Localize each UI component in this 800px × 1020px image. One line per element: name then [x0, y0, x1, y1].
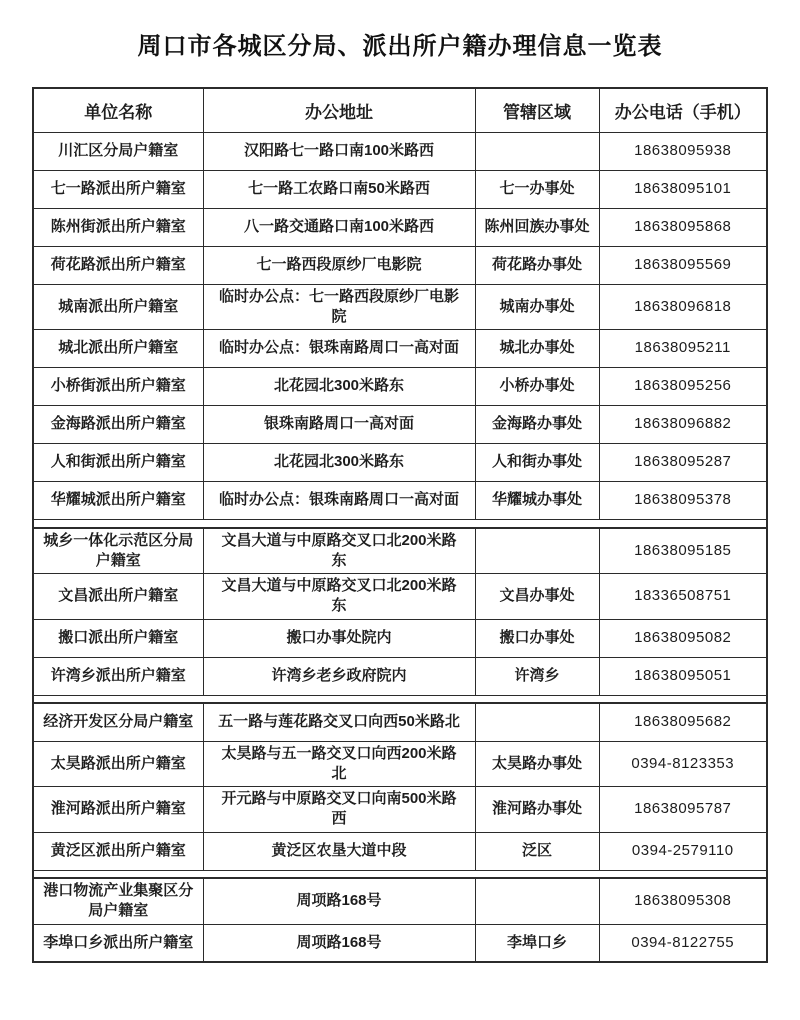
cell-unit-name: 许湾乡派出所户籍室	[33, 657, 203, 695]
cell-address: 北花园北300米路东	[203, 444, 475, 482]
cell-unit-name: 川汇区分局户籍室	[33, 132, 203, 170]
cell-phone: 0394-2579110	[599, 832, 767, 870]
cell-address: 周项路168号	[203, 878, 475, 924]
table-row: 港口物流产业集聚区分局户籍室周项路168号18638095308	[33, 878, 767, 924]
cell-jurisdiction	[475, 703, 599, 741]
table-row: 许湾乡派出所户籍室许湾乡老乡政府院内许湾乡18638095051	[33, 657, 767, 695]
cell-jurisdiction: 陈州回族办事处	[475, 208, 599, 246]
cell-jurisdiction: 小桥办事处	[475, 368, 599, 406]
cell-jurisdiction: 人和街办事处	[475, 444, 599, 482]
table-row: 黄泛区派出所户籍室黄泛区农垦大道中段泛区0394-2579110	[33, 832, 767, 870]
cell-jurisdiction: 七一办事处	[475, 170, 599, 208]
header-office-phone: 办公电话（手机）	[599, 88, 767, 132]
table-row: 搬口派出所户籍室搬口办事处院内搬口办事处18638095082	[33, 619, 767, 657]
cell-unit-name: 太昊路派出所户籍室	[33, 741, 203, 787]
cell-jurisdiction: 荷花路办事处	[475, 246, 599, 284]
cell-address: 临时办公点：七一路西段原纱厂电影院	[203, 284, 475, 330]
cell-phone: 18638095082	[599, 619, 767, 657]
cell-address: 黄泛区农垦大道中段	[203, 832, 475, 870]
cell-address: 七一路工农路口南50米路西	[203, 170, 475, 208]
cell-jurisdiction	[475, 132, 599, 170]
table-row: 七一路派出所户籍室七一路工农路口南50米路西七一办事处18638095101	[33, 170, 767, 208]
section-separator-row	[33, 695, 767, 703]
table-row: 荷花路派出所户籍室七一路西段原纱厂电影院荷花路办事处18638095569	[33, 246, 767, 284]
cell-address: 七一路西段原纱厂电影院	[203, 246, 475, 284]
table-row: 淮河路派出所户籍室开元路与中原路交叉口向南500米路西淮河路办事处1863809…	[33, 787, 767, 833]
document-page: 周口市各城区分局、派出所户籍办理信息一览表 单位名称 办公地址 管辖区域 办公电…	[0, 0, 800, 1020]
household-registration-table: 单位名称 办公地址 管辖区域 办公电话（手机） 川汇区分局户籍室汉阳路七一路口南…	[32, 87, 768, 963]
table-row: 经济开发区分局户籍室五一路与莲花路交叉口向西50米路北18638095682	[33, 703, 767, 741]
table-row: 太昊路派出所户籍室太昊路与五一路交叉口向西200米路北太昊路办事处0394-81…	[33, 741, 767, 787]
header-unit-name: 单位名称	[33, 88, 203, 132]
cell-jurisdiction: 城南办事处	[475, 284, 599, 330]
cell-phone: 18638095378	[599, 482, 767, 520]
cell-unit-name: 文昌派出所户籍室	[33, 574, 203, 620]
cell-jurisdiction: 华耀城办事处	[475, 482, 599, 520]
cell-address: 临时办公点：银珠南路周口一高对面	[203, 482, 475, 520]
cell-unit-name: 搬口派出所户籍室	[33, 619, 203, 657]
cell-jurisdiction: 文昌办事处	[475, 574, 599, 620]
cell-jurisdiction: 搬口办事处	[475, 619, 599, 657]
table-row: 华耀城派出所户籍室临时办公点：银珠南路周口一高对面华耀城办事处186380953…	[33, 482, 767, 520]
cell-address: 开元路与中原路交叉口向南500米路西	[203, 787, 475, 833]
cell-address: 太昊路与五一路交叉口向西200米路北	[203, 741, 475, 787]
table-row: 城乡一体化示范区分局户籍室文昌大道与中原路交叉口北200米路东186380951…	[33, 528, 767, 574]
header-office-address: 办公地址	[203, 88, 475, 132]
cell-address: 文昌大道与中原路交叉口北200米路东	[203, 528, 475, 574]
cell-phone: 18638095185	[599, 528, 767, 574]
cell-phone: 0394-8123353	[599, 741, 767, 787]
cell-phone: 18638095787	[599, 787, 767, 833]
cell-phone: 18638095101	[599, 170, 767, 208]
cell-jurisdiction: 淮河路办事处	[475, 787, 599, 833]
table-row: 李埠口乡派出所户籍室周项路168号李埠口乡0394-8122755	[33, 924, 767, 962]
cell-jurisdiction	[475, 878, 599, 924]
cell-jurisdiction: 城北办事处	[475, 330, 599, 368]
cell-address: 五一路与莲花路交叉口向西50米路北	[203, 703, 475, 741]
cell-phone: 18638095256	[599, 368, 767, 406]
cell-jurisdiction	[475, 528, 599, 574]
section-separator-cell	[33, 695, 767, 703]
cell-address: 文昌大道与中原路交叉口北200米路东	[203, 574, 475, 620]
cell-unit-name: 七一路派出所户籍室	[33, 170, 203, 208]
section-separator-cell	[33, 520, 767, 528]
cell-unit-name: 城乡一体化示范区分局户籍室	[33, 528, 203, 574]
table-row: 城南派出所户籍室临时办公点：七一路西段原纱厂电影院城南办事处1863809681…	[33, 284, 767, 330]
cell-unit-name: 淮河路派出所户籍室	[33, 787, 203, 833]
cell-address: 搬口办事处院内	[203, 619, 475, 657]
cell-unit-name: 李埠口乡派出所户籍室	[33, 924, 203, 962]
cell-unit-name: 经济开发区分局户籍室	[33, 703, 203, 741]
cell-address: 周项路168号	[203, 924, 475, 962]
cell-phone: 18638095287	[599, 444, 767, 482]
table-row: 人和街派出所户籍室北花园北300米路东人和街办事处18638095287	[33, 444, 767, 482]
table-row: 城北派出所户籍室临时办公点：银珠南路周口一高对面城北办事处18638095211	[33, 330, 767, 368]
cell-address: 银珠南路周口一高对面	[203, 406, 475, 444]
cell-unit-name: 金海路派出所户籍室	[33, 406, 203, 444]
cell-unit-name: 人和街派出所户籍室	[33, 444, 203, 482]
cell-phone: 18638095211	[599, 330, 767, 368]
cell-phone: 18638095868	[599, 208, 767, 246]
cell-phone: 18638096818	[599, 284, 767, 330]
cell-address: 临时办公点：银珠南路周口一高对面	[203, 330, 475, 368]
cell-unit-name: 小桥街派出所户籍室	[33, 368, 203, 406]
page-title: 周口市各城区分局、派出所户籍办理信息一览表	[0, 26, 800, 61]
cell-jurisdiction: 泛区	[475, 832, 599, 870]
cell-jurisdiction: 金海路办事处	[475, 406, 599, 444]
cell-unit-name: 陈州街派出所户籍室	[33, 208, 203, 246]
cell-address: 汉阳路七一路口南100米路西	[203, 132, 475, 170]
cell-unit-name: 黄泛区派出所户籍室	[33, 832, 203, 870]
cell-jurisdiction: 太昊路办事处	[475, 741, 599, 787]
cell-phone: 18336508751	[599, 574, 767, 620]
cell-phone: 18638095051	[599, 657, 767, 695]
cell-address: 八一路交通路口南100米路西	[203, 208, 475, 246]
table-row: 小桥街派出所户籍室北花园北300米路东小桥办事处18638095256	[33, 368, 767, 406]
cell-unit-name: 华耀城派出所户籍室	[33, 482, 203, 520]
cell-unit-name: 荷花路派出所户籍室	[33, 246, 203, 284]
cell-jurisdiction: 李埠口乡	[475, 924, 599, 962]
section-separator-row	[33, 870, 767, 878]
cell-unit-name: 港口物流产业集聚区分局户籍室	[33, 878, 203, 924]
cell-unit-name: 城南派出所户籍室	[33, 284, 203, 330]
section-separator-cell	[33, 870, 767, 878]
table-row: 陈州街派出所户籍室八一路交通路口南100米路西陈州回族办事处1863809586…	[33, 208, 767, 246]
cell-address: 许湾乡老乡政府院内	[203, 657, 475, 695]
cell-unit-name: 城北派出所户籍室	[33, 330, 203, 368]
section-separator-row	[33, 520, 767, 528]
table-header-row: 单位名称 办公地址 管辖区域 办公电话（手机）	[33, 88, 767, 132]
header-jurisdiction-area: 管辖区域	[475, 88, 599, 132]
cell-phone: 18638095682	[599, 703, 767, 741]
cell-phone: 18638095938	[599, 132, 767, 170]
cell-phone: 18638095308	[599, 878, 767, 924]
table-row: 文昌派出所户籍室文昌大道与中原路交叉口北200米路东文昌办事处183365087…	[33, 574, 767, 620]
cell-phone: 0394-8122755	[599, 924, 767, 962]
table-row: 川汇区分局户籍室汉阳路七一路口南100米路西18638095938	[33, 132, 767, 170]
cell-phone: 18638096882	[599, 406, 767, 444]
table-row: 金海路派出所户籍室银珠南路周口一高对面金海路办事处18638096882	[33, 406, 767, 444]
cell-jurisdiction: 许湾乡	[475, 657, 599, 695]
cell-address: 北花园北300米路东	[203, 368, 475, 406]
cell-phone: 18638095569	[599, 246, 767, 284]
